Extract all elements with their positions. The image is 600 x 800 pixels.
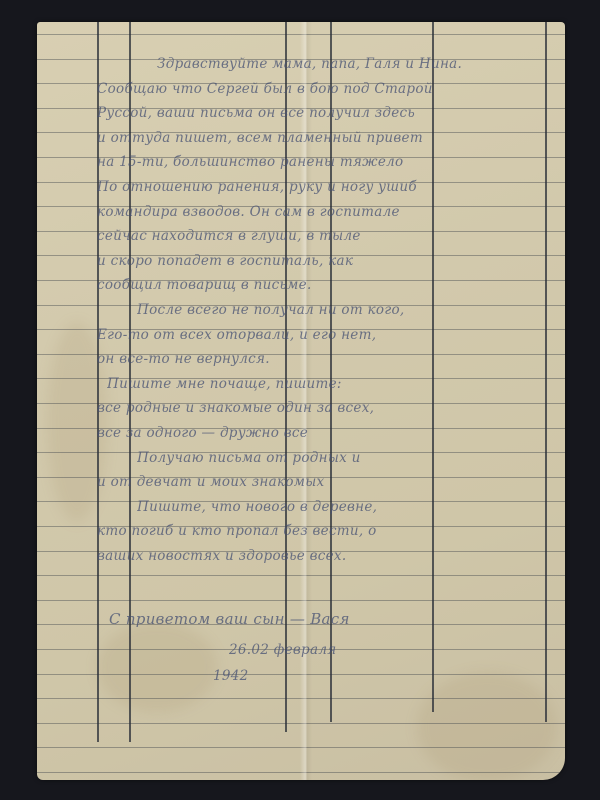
handwritten-line: и от девчат и моих знакомых	[97, 474, 552, 490]
letter-date: 26.02 февраля	[229, 642, 336, 658]
letter-closing: С приветом ваш сын — Вася	[109, 610, 350, 628]
handwritten-line: все родные и знакомые один за всех,	[97, 400, 552, 416]
handwritten-line: Здравствуйте мама, папа, Галя и Нина.	[157, 56, 552, 72]
letter-paper: Здравствуйте мама, папа, Галя и Нина.Соо…	[37, 22, 565, 780]
handwritten-line: Сообщаю что Сергей был в бою под Старой	[97, 81, 552, 97]
column-line	[545, 22, 547, 722]
handwritten-line: Получаю письма от родных и	[137, 450, 552, 466]
handwritten-line: на 15-ти, большинство ранены тяжело	[97, 154, 552, 170]
handwritten-line: командира взводов. Он сам в госпитале	[97, 204, 552, 220]
handwritten-line: все за одного — дружно все	[97, 425, 552, 441]
handwritten-line: Руссой, ваши письма он все получил здесь	[97, 105, 552, 121]
handwritten-line: сейчас находится в глуши, в тыле	[97, 228, 552, 244]
handwritten-line: кто погиб и кто пропал без вести, о	[97, 523, 552, 539]
letter-year: 1942	[213, 668, 249, 684]
handwritten-line: сообщил товарищ в письме.	[97, 277, 552, 293]
handwritten-line: Его-то от всех оторвали, и его нет,	[97, 327, 552, 343]
handwritten-line: Пишите мне почаще, пишите:	[107, 376, 552, 392]
handwritten-line: он все-то не вернулся.	[97, 351, 552, 367]
handwritten-line: и скоро попадет в госпиталь, как	[97, 253, 552, 269]
handwritten-line: По отношению ранения, руку и ногу ушиб	[97, 179, 552, 195]
handwritten-line: После всего не получал ни от кого,	[137, 302, 552, 318]
handwritten-line: ваших новостях и здоровье всех.	[97, 548, 552, 564]
handwritten-line: и оттуда пишет, всем пламенный привет	[97, 130, 552, 146]
handwritten-line: Пишите, что нового в деревне,	[137, 499, 552, 515]
